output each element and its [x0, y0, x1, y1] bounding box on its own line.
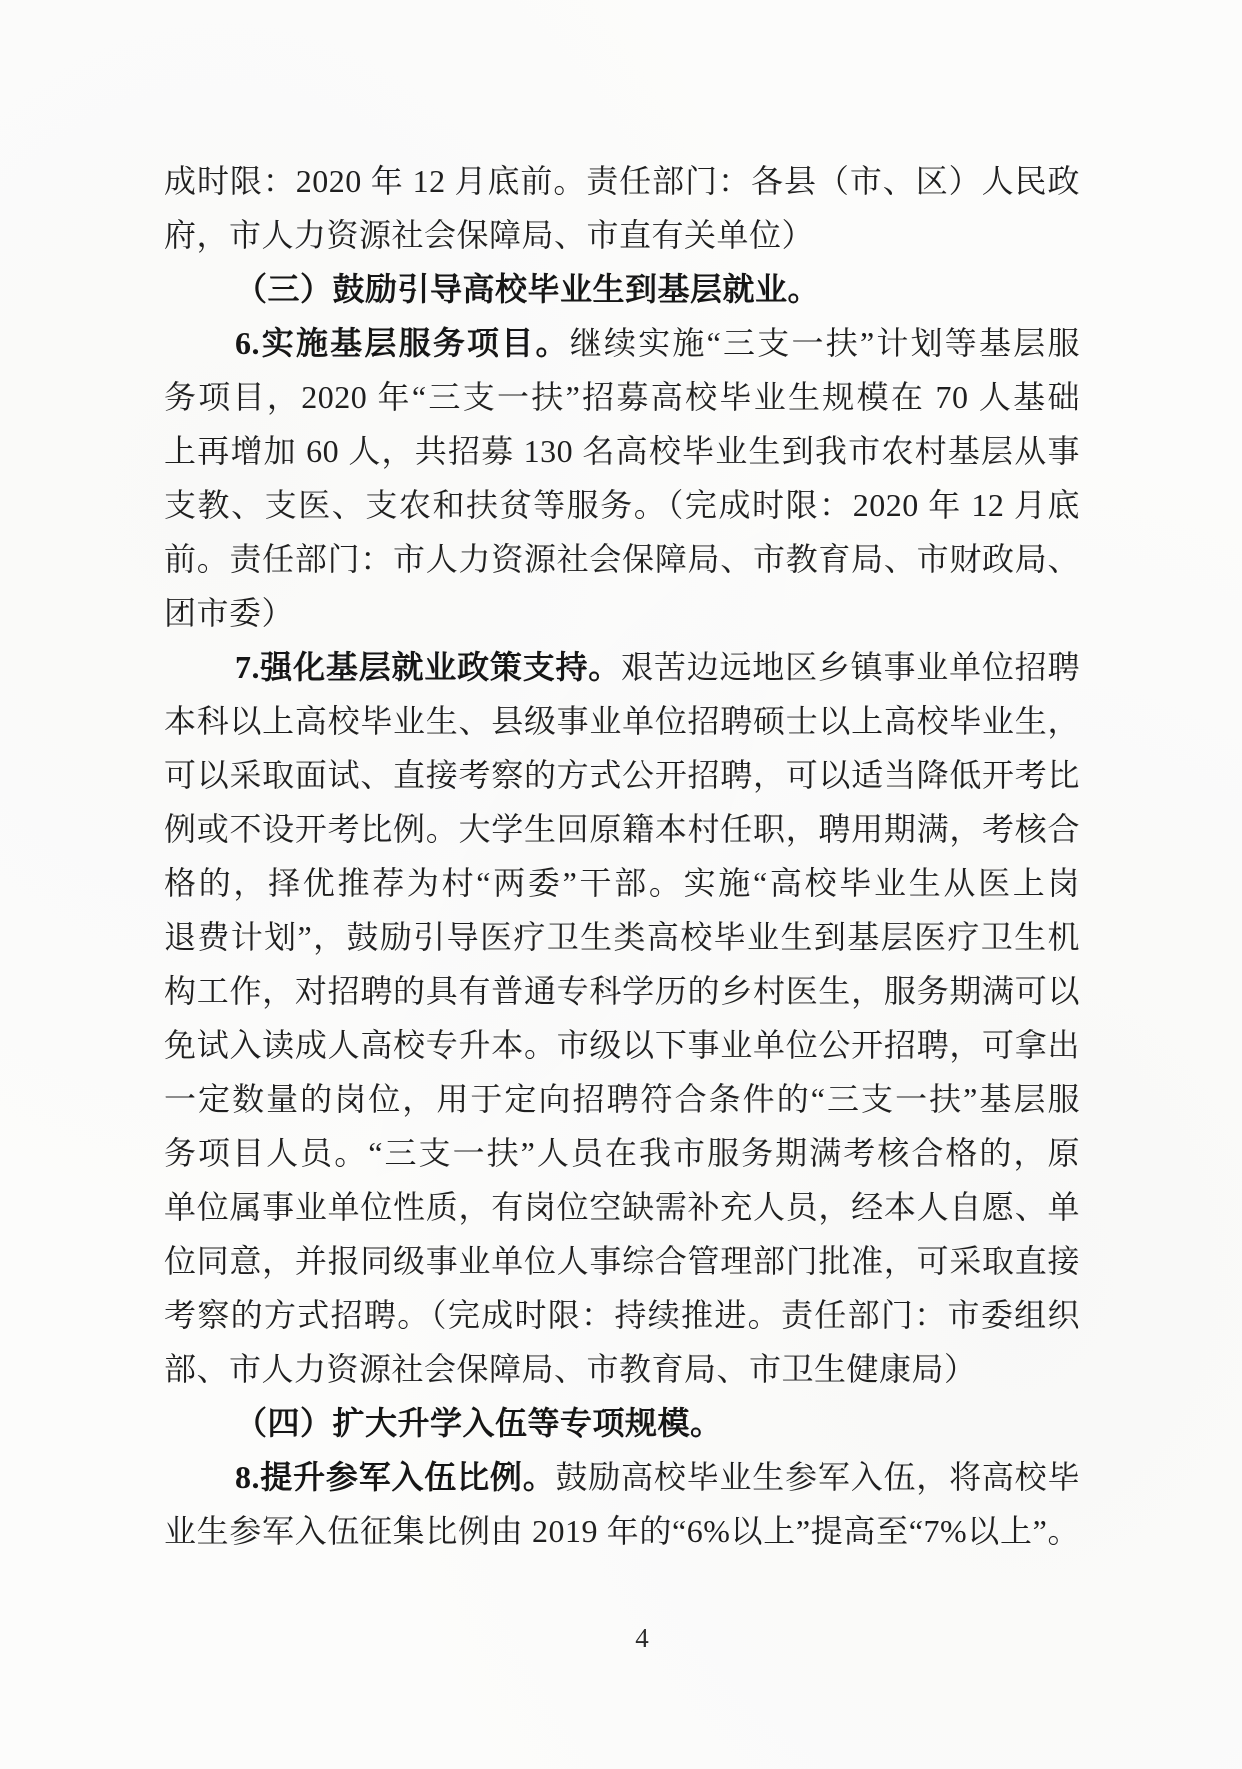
- text-line: 团市委）: [164, 586, 1080, 640]
- body-text: 构工作，对招聘的具有普通专科学历的乡村医生，服务期满可以: [164, 973, 1080, 1009]
- text-line: 构工作，对招聘的具有普通专科学历的乡村医生，服务期满可以: [164, 964, 1080, 1018]
- body-text: 团市委）: [164, 595, 294, 631]
- body-text: 退费计划”，鼓励引导医疗卫生类高校毕业生到基层医疗卫生机: [164, 919, 1080, 955]
- text-line: 支教、支医、支农和扶贫等服务。（完成时限：2020 年 12 月底: [164, 478, 1080, 532]
- text-line: 例或不设开考比例。大学生回原籍本村任职，聘用期满，考核合: [164, 802, 1080, 856]
- body-text: 单位属事业单位性质，有岗位空缺需补充人员，经本人自愿、单: [164, 1189, 1080, 1225]
- text-line: 考察的方式招聘。（完成时限：持续推进。责任部门：市委组织: [164, 1288, 1080, 1342]
- body-text: 可以采取面试、直接考察的方式公开招聘，可以适当降低开考比: [164, 757, 1080, 793]
- text-line: （三）鼓励引导高校毕业生到基层就业。: [164, 262, 1080, 316]
- body-text: 考察的方式招聘。（完成时限：持续推进。责任部门：市委组织: [164, 1297, 1080, 1333]
- body-text: 上再增加 60 人，共招募 130 名高校毕业生到我市农村基层从事: [164, 433, 1080, 469]
- body-text: 支教、支医、支农和扶贫等服务。（完成时限：2020 年 12 月底: [164, 487, 1080, 523]
- scanned-document-page: 成时限：2020 年 12 月底前。责任部门：各县（市、区）人民政府，市人力资源…: [0, 0, 1242, 1769]
- body-text: 位同意，并报同级事业单位人事综合管理部门批准，可采取直接: [164, 1243, 1080, 1279]
- heading-text: 6.实施基层服务项目。: [235, 325, 570, 361]
- text-line: 成时限：2020 年 12 月底前。责任部门：各县（市、区）人民政: [164, 154, 1080, 208]
- text-block: 成时限：2020 年 12 月底前。责任部门：各县（市、区）人民政府，市人力资源…: [164, 154, 1080, 1558]
- text-line: 务项目人员。“三支一扶”人员在我市服务期满考核合格的，原: [164, 1126, 1080, 1180]
- heading-text: （三）鼓励引导高校毕业生到基层就业。: [235, 271, 820, 307]
- body-text: 继续实施“三支一扶”计划等基层服: [570, 325, 1080, 361]
- heading-text: 7.强化基层就业政策支持。: [235, 649, 621, 685]
- body-text: 鼓励高校毕业生参军入伍，将高校毕: [556, 1459, 1080, 1495]
- body-text: 格的，择优推荐为村“两委”干部。实施“高校毕业生从医上岗: [164, 865, 1080, 901]
- text-line: 免试入读成人高校专升本。市级以下事业单位公开招聘，可拿出: [164, 1018, 1080, 1072]
- body-text: 成时限：2020 年 12 月底前。责任部门：各县（市、区）人民政: [164, 163, 1080, 199]
- text-line: 格的，择优推荐为村“两委”干部。实施“高校毕业生从医上岗: [164, 856, 1080, 910]
- text-line: 部、市人力资源社会保障局、市教育局、市卫生健康局）: [164, 1342, 1080, 1396]
- body-text: 务项目人员。“三支一扶”人员在我市服务期满考核合格的，原: [164, 1135, 1080, 1171]
- text-line: 业生参军入伍征集比例由 2019 年的“6%以上”提高至“7%以上”。: [164, 1504, 1080, 1558]
- text-line: 可以采取面试、直接考察的方式公开招聘，可以适当降低开考比: [164, 748, 1080, 802]
- text-line: 前。责任部门：市人力资源社会保障局、市教育局、市财政局、: [164, 532, 1080, 586]
- text-line: 8.提升参军入伍比例。鼓励高校毕业生参军入伍，将高校毕: [164, 1450, 1080, 1504]
- text-line: 退费计划”，鼓励引导医疗卫生类高校毕业生到基层医疗卫生机: [164, 910, 1080, 964]
- body-text: 免试入读成人高校专升本。市级以下事业单位公开招聘，可拿出: [164, 1027, 1080, 1063]
- text-line: 本科以上高校毕业生、县级事业单位招聘硕士以上高校毕业生，: [164, 694, 1080, 748]
- page-number: 4: [0, 1620, 1242, 1656]
- text-line: 府，市人力资源社会保障局、市直有关单位）: [164, 208, 1080, 262]
- heading-text: （四）扩大升学入伍等专项规模。: [235, 1405, 723, 1441]
- text-line: 一定数量的岗位，用于定向招聘符合条件的“三支一扶”基层服: [164, 1072, 1080, 1126]
- body-text: 府，市人力资源社会保障局、市直有关单位）: [164, 217, 814, 253]
- text-line: 务项目，2020 年“三支一扶”招募高校毕业生规模在 70 人基础: [164, 370, 1080, 424]
- text-line: 位同意，并报同级事业单位人事综合管理部门批准，可采取直接: [164, 1234, 1080, 1288]
- body-text: 业生参军入伍征集比例由 2019 年的“6%以上”提高至“7%以上”。: [164, 1513, 1080, 1549]
- body-text: 务项目，2020 年“三支一扶”招募高校毕业生规模在 70 人基础: [164, 379, 1080, 415]
- body-text: 例或不设开考比例。大学生回原籍本村任职，聘用期满，考核合: [164, 811, 1080, 847]
- text-line: 7.强化基层就业政策支持。艰苦边远地区乡镇事业单位招聘: [164, 640, 1080, 694]
- text-line: （四）扩大升学入伍等专项规模。: [164, 1396, 1080, 1450]
- heading-text: 8.提升参军入伍比例。: [235, 1459, 556, 1495]
- body-text: 本科以上高校毕业生、县级事业单位招聘硕士以上高校毕业生，: [164, 703, 1080, 739]
- body-text: 一定数量的岗位，用于定向招聘符合条件的“三支一扶”基层服: [164, 1081, 1080, 1117]
- text-line: 6.实施基层服务项目。继续实施“三支一扶”计划等基层服: [164, 316, 1080, 370]
- body-text: 前。责任部门：市人力资源社会保障局、市教育局、市财政局、: [164, 541, 1080, 577]
- text-line: 上再增加 60 人，共招募 130 名高校毕业生到我市农村基层从事: [164, 424, 1080, 478]
- text-line: 单位属事业单位性质，有岗位空缺需补充人员，经本人自愿、单: [164, 1180, 1080, 1234]
- body-text: 艰苦边远地区乡镇事业单位招聘: [621, 649, 1080, 685]
- body-text: 部、市人力资源社会保障局、市教育局、市卫生健康局）: [164, 1351, 977, 1387]
